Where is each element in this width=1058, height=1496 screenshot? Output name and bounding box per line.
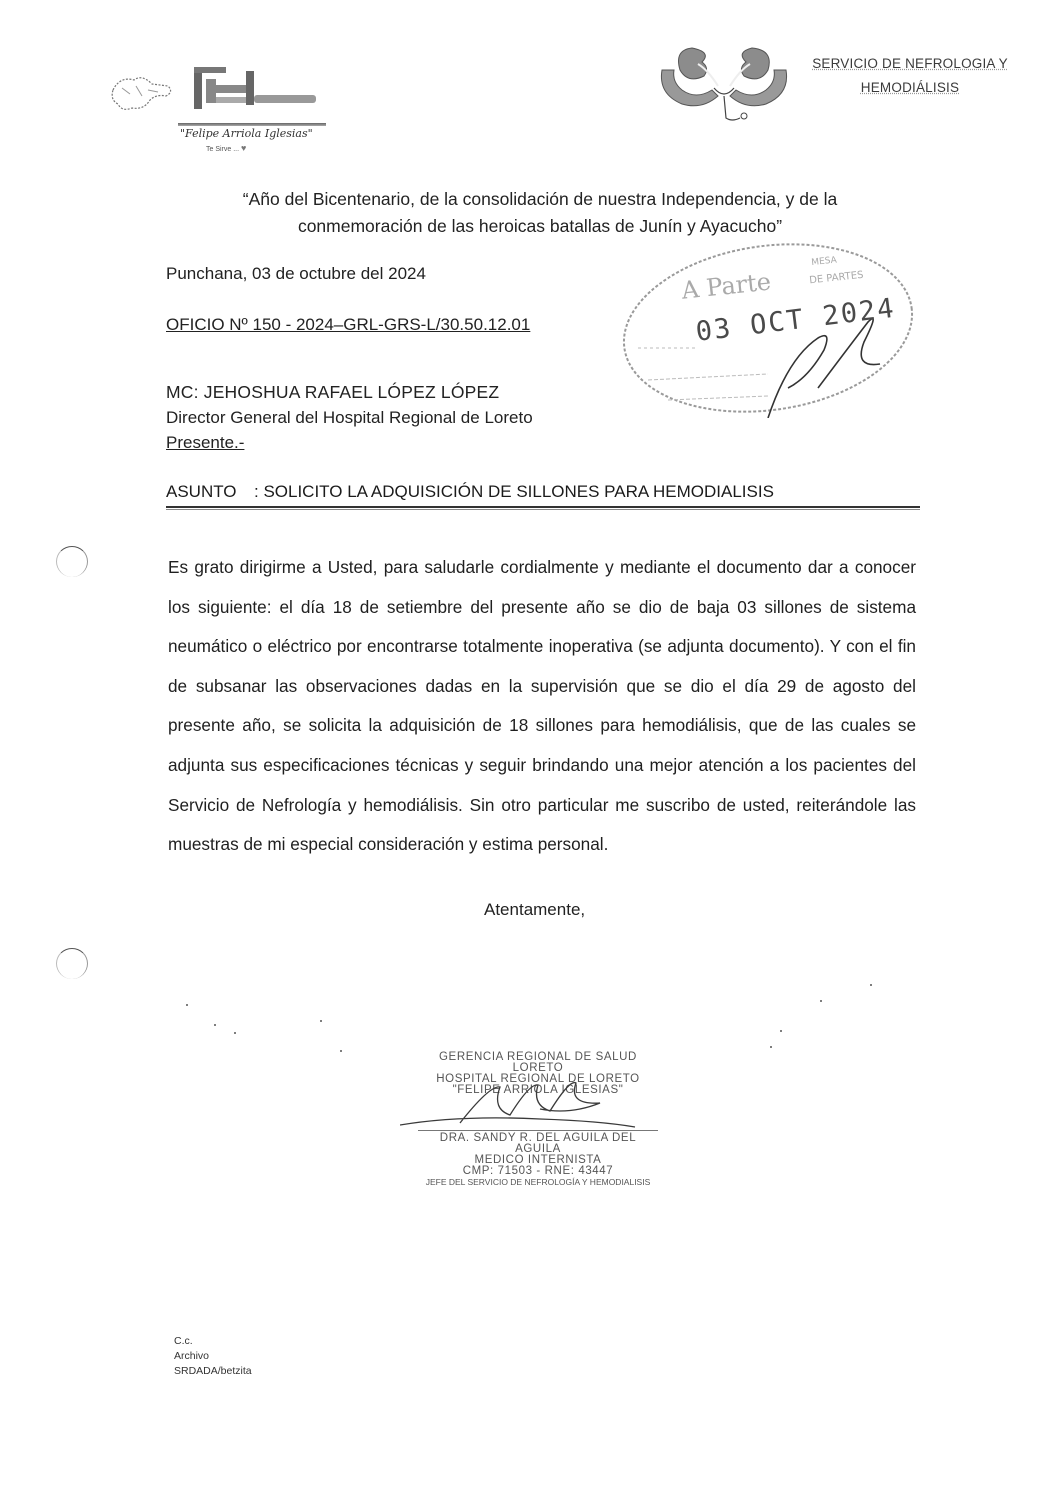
scan-artifact	[870, 984, 872, 986]
service-title: SERVICIO DE NEFROLOGIA Y HEMODIÁLISIS	[790, 52, 1030, 100]
scan-artifact	[186, 1004, 188, 1006]
punch-hole	[56, 546, 88, 577]
place-date: Punchana, 03 de octubre del 2024	[166, 264, 426, 284]
subject-rule	[166, 506, 920, 510]
handwritten-signature	[400, 1075, 640, 1135]
scan-artifact	[320, 1020, 322, 1022]
subject-label: ASUNTO	[166, 482, 254, 502]
cc-label: C.c.	[174, 1334, 252, 1349]
service-title-line1: SERVICIO DE NEFROLOGIA Y	[790, 52, 1030, 76]
logo-rule	[178, 123, 326, 126]
signer-registry: CMP: 71503 - RNE: 43447	[418, 1166, 658, 1177]
cc-initials: SRDADA/betzita	[174, 1364, 252, 1379]
year-slogan: “Año del Bicentenario, de la consolidaci…	[190, 186, 890, 240]
signer-position: JEFE DEL SERVICIO DE NEFROLOGÍA Y HEMODI…	[418, 1177, 658, 1188]
slogan-line2: conmemoración de las heroicas batallas d…	[190, 213, 890, 240]
hospital-motto: Te Sirve ... ♥	[206, 143, 246, 153]
scan-artifact	[780, 1030, 782, 1032]
scan-artifact	[214, 1024, 216, 1026]
slogan-line1: “Año del Bicentenario, de la consolidaci…	[190, 186, 890, 213]
kidney-hands-logo-icon	[652, 38, 802, 123]
scan-artifact	[770, 1046, 772, 1048]
punch-hole	[56, 948, 88, 979]
svg-text:MESA: MESA	[811, 255, 838, 268]
hospital-name: "Felipe Arriola Iglesias"	[180, 127, 313, 140]
oficio-number: OFICIO Nº 150 - 2024–GRL-GRS-L/30.50.12.…	[166, 315, 530, 335]
closing: Atentamente,	[484, 900, 585, 920]
hrl-letters-icon	[192, 65, 322, 111]
subject-text: : SOLICITO LA ADQUISICIÓN DE SILLONES PA…	[254, 482, 774, 501]
sig-org-line1: GERENCIA REGIONAL DE SALUD LORETO	[418, 1052, 658, 1074]
addressee-block: MC: JEHOSHUA RAFAEL LÓPEZ LÓPEZ Director…	[166, 380, 533, 455]
cc-block: C.c. Archivo SRDADA/betzita	[174, 1334, 252, 1379]
svg-text:A Parte: A Parte	[679, 268, 772, 305]
service-title-line2: HEMODIÁLISIS	[790, 76, 1030, 100]
scan-artifact	[234, 1032, 236, 1034]
cc-archive: Archivo	[174, 1349, 252, 1364]
hospital-logo: "Felipe Arriola Iglesias" Te Sirve ... ♥	[100, 55, 330, 155]
scan-artifact	[340, 1050, 342, 1052]
scan-artifact	[820, 1000, 822, 1002]
addressee-name: MC: JEHOSHUA RAFAEL LÓPEZ LÓPEZ	[166, 380, 533, 405]
letter-body: Es grato dirigirme a Usted, para saludar…	[168, 548, 916, 865]
svg-text:DE PARTES: DE PARTES	[809, 270, 864, 287]
motto-text: Te Sirve ...	[206, 146, 239, 153]
heart-icon: ♥	[241, 143, 246, 153]
present-label: Presente.-	[166, 430, 533, 455]
subject-block: ASUNTO: SOLICITO LA ADQUISICIÓN DE SILLO…	[166, 482, 920, 510]
signer-name: DRA. SANDY R. DEL AGUILA DEL AGUILA	[418, 1133, 658, 1155]
addressee-title: Director General del Hospital Regional d…	[166, 405, 533, 430]
loreto-map-icon	[108, 70, 178, 115]
